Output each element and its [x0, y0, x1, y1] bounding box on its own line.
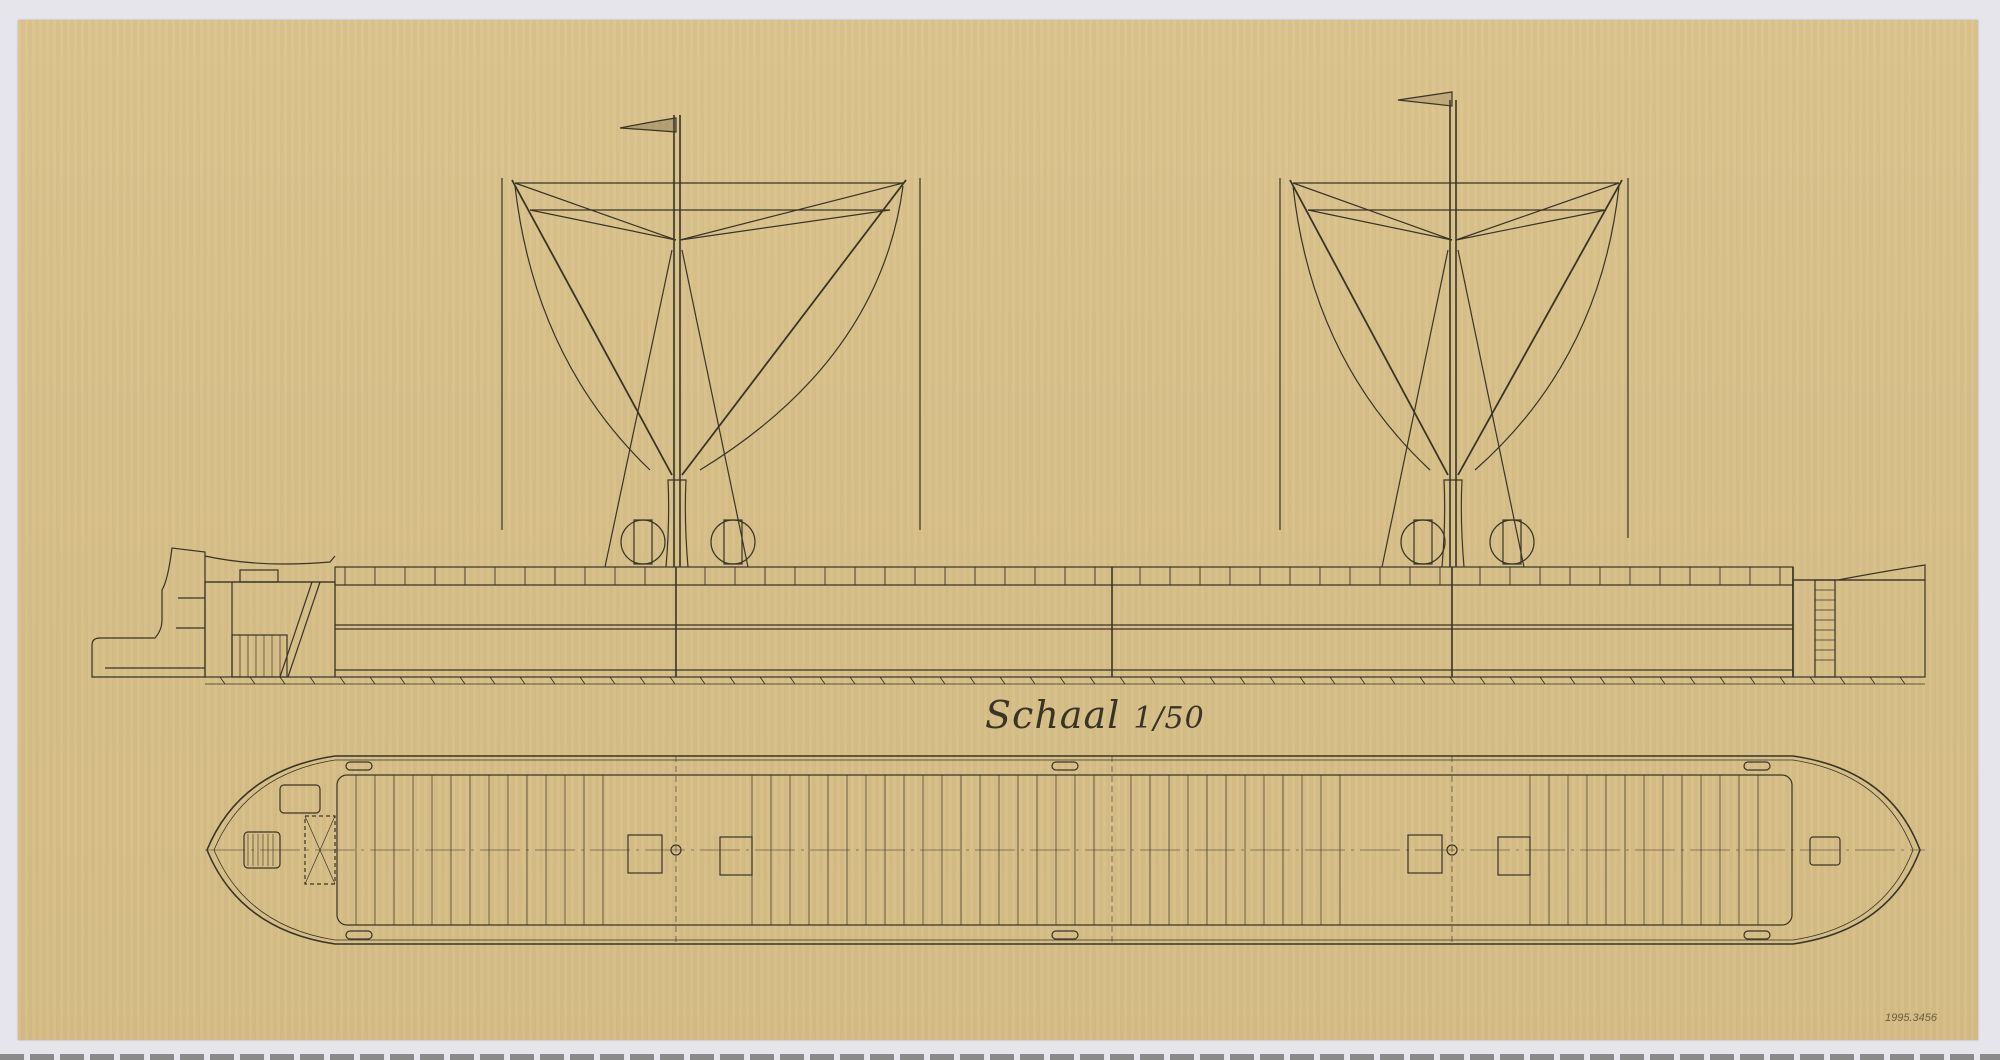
scale-fraction: 1/50 [1133, 701, 1204, 736]
scale-word: Schaal [985, 693, 1120, 737]
plan-view [205, 756, 1925, 944]
aft-mast-rig [1280, 92, 1628, 567]
side-elevation [92, 548, 1925, 684]
fore-mast-rig [502, 115, 920, 567]
ship-drawing [0, 0, 2000, 1060]
catalog-number: 1995.3456 [1885, 1012, 1937, 1024]
scale-label: Schaal 1/50 [985, 693, 1205, 737]
film-strip-edge [0, 1054, 2000, 1060]
